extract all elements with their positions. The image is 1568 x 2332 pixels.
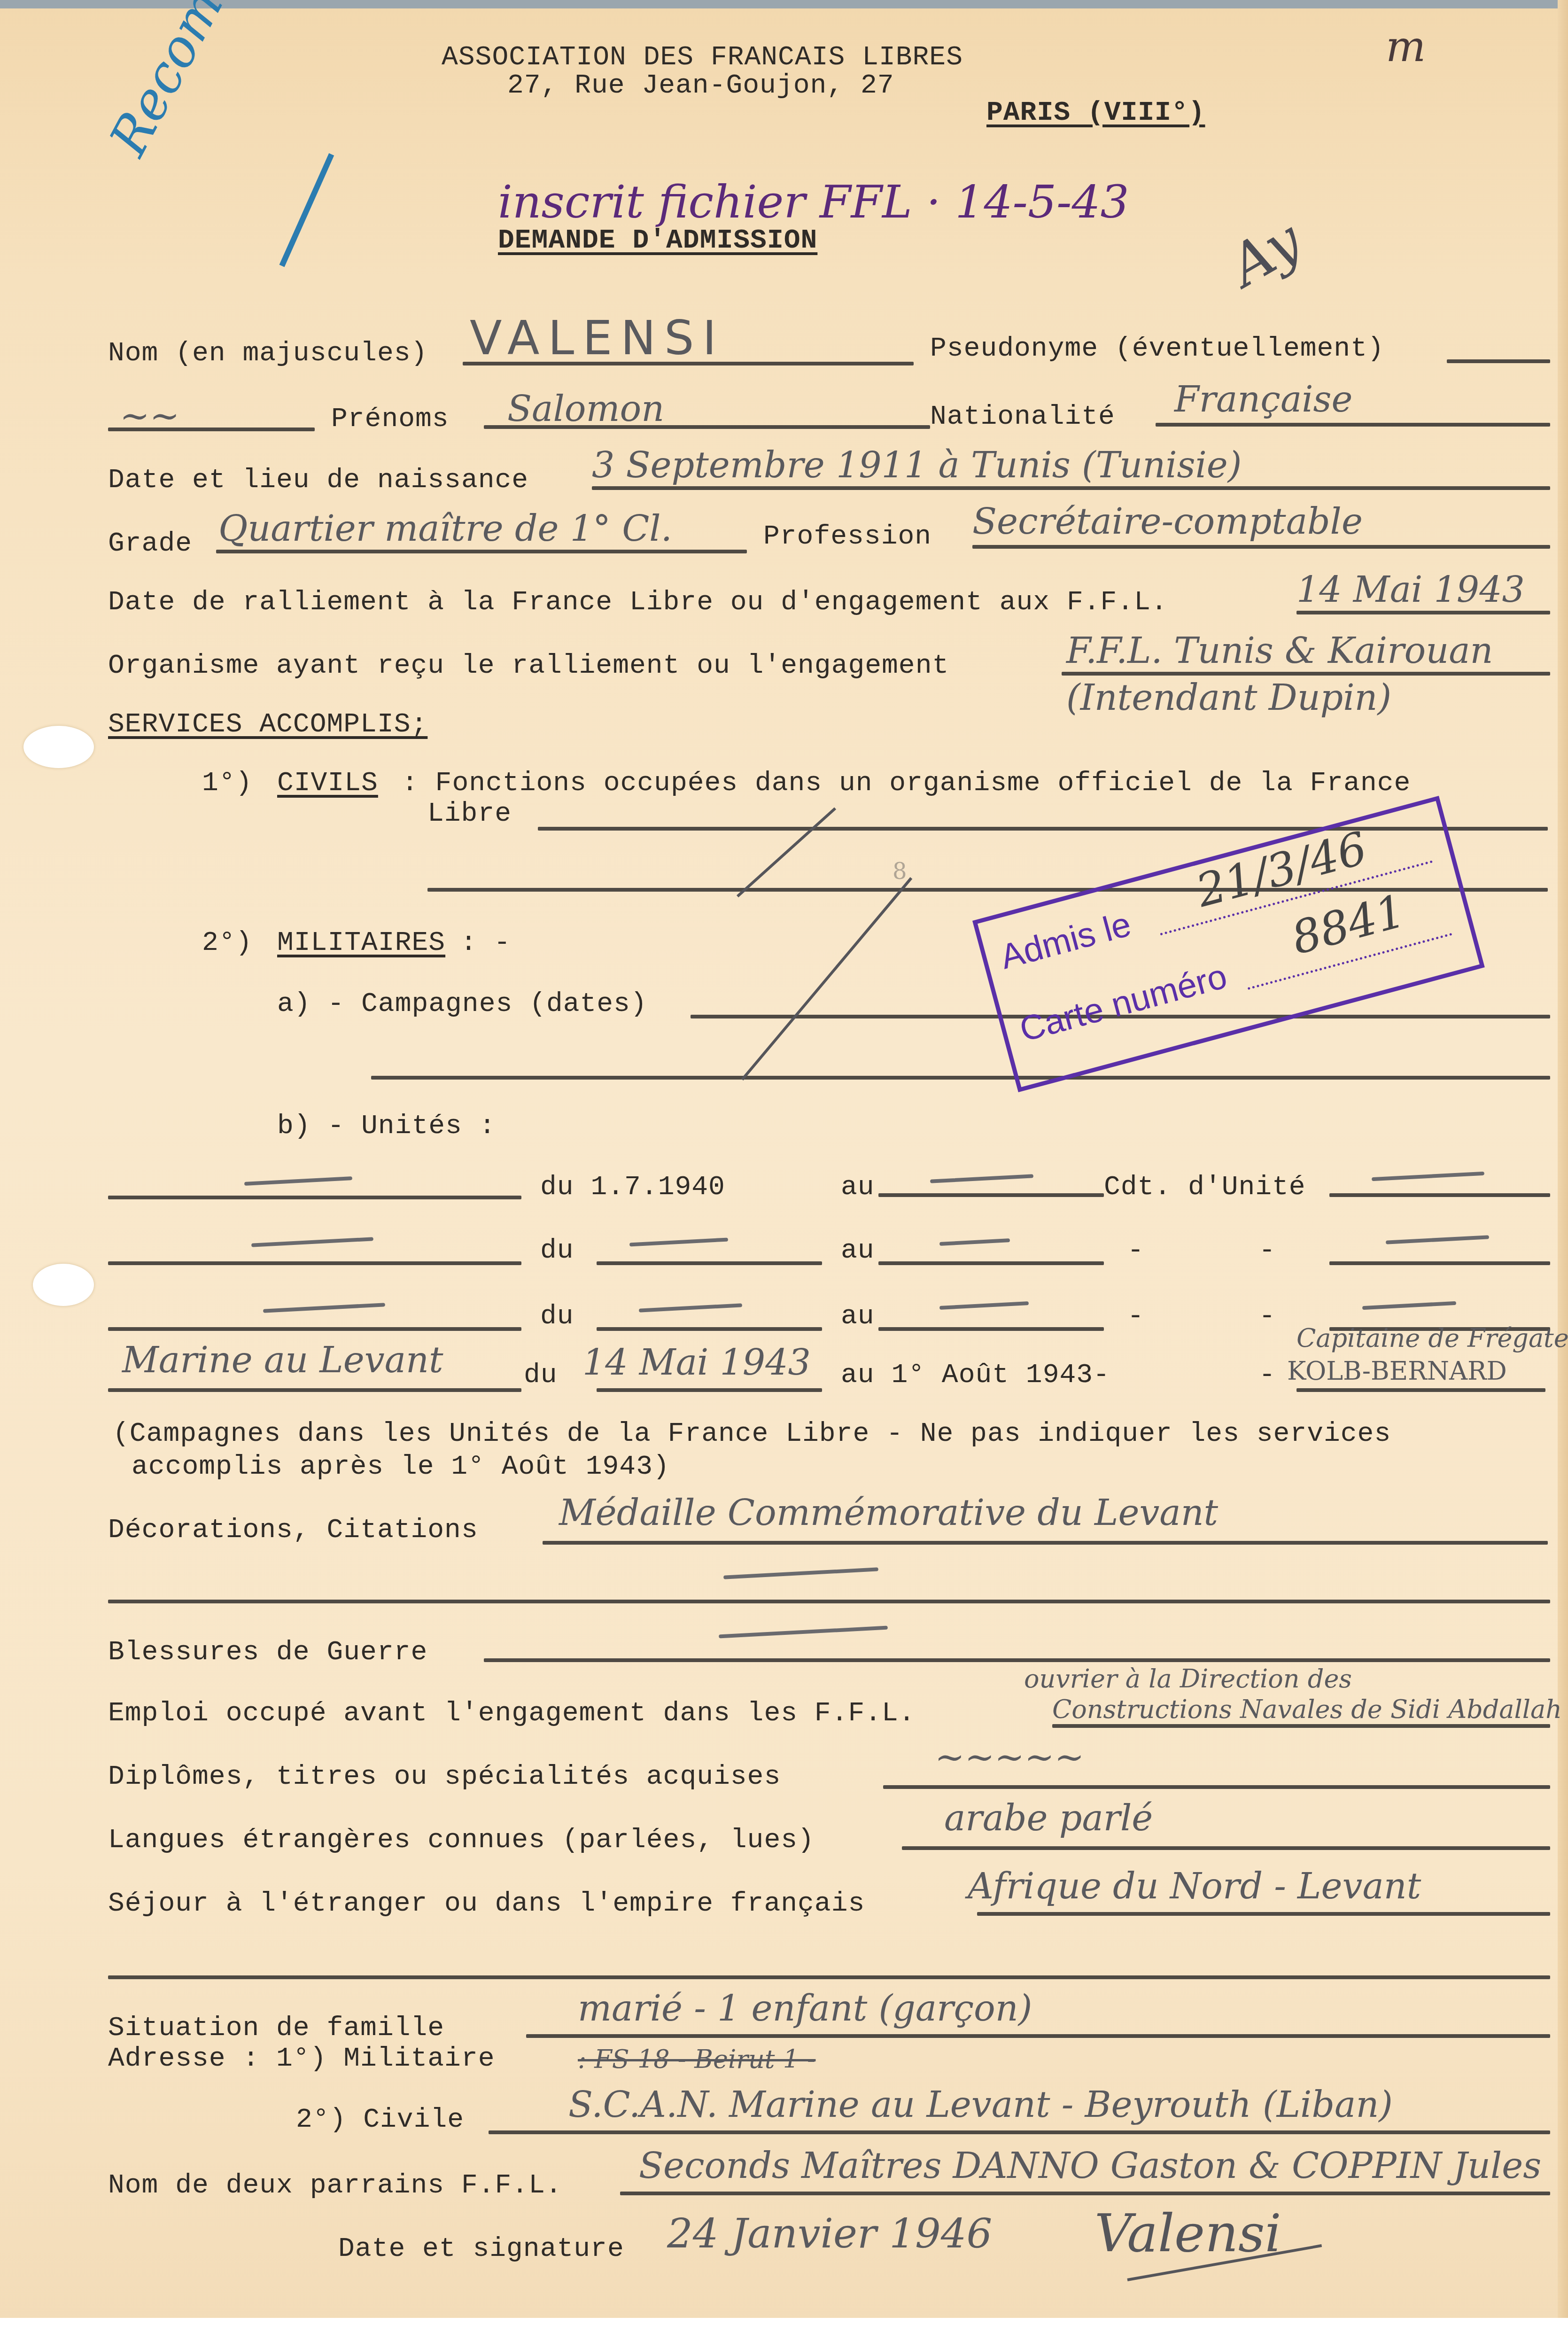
- campagnes-note-2: accomplis après le 1° Août 1943): [132, 1452, 670, 1483]
- decorations-value[interactable]: Médaille Commémorative du Levant: [559, 1494, 1218, 1531]
- nationalite-value[interactable]: Française: [1174, 381, 1352, 418]
- unites-label: b) - Unités :: [277, 1111, 496, 1142]
- ralliement-label: Date de ralliement à la France Libre ou …: [108, 587, 1168, 618]
- profession-value[interactable]: Secrétaire-comptable: [972, 503, 1363, 540]
- pseudonyme-underline: [1447, 359, 1550, 363]
- unit-row3-sep2: -: [1259, 1301, 1276, 1332]
- campagnes-strike-stroke: [741, 877, 913, 1080]
- unit-row2-dash: [251, 1237, 373, 1247]
- unit-row1-dash: [244, 1176, 352, 1186]
- unit-row2-cdt-dash: [1386, 1235, 1489, 1244]
- unit-row2-du: du: [540, 1236, 574, 1267]
- militaires-label: MILITAIRES: [277, 928, 445, 959]
- organisme-value[interactable]: F.F.L. Tunis & Kairouan: [1066, 632, 1493, 669]
- unit-row3-cdt-dash: [1362, 1301, 1456, 1310]
- civile-label: 2°) Civile: [296, 2105, 464, 2136]
- top-right-mark: m: [1386, 28, 1426, 66]
- naissance-underline: [592, 486, 1550, 490]
- naissance-value[interactable]: 3 Septembre 1911 à Tunis (Tunisie): [592, 446, 1242, 484]
- unit-row2-du-underline: [597, 1261, 822, 1265]
- unit-row1-cdt-label: Cdt. d'Unité: [1104, 1172, 1306, 1203]
- langues-underline: [902, 1846, 1550, 1850]
- final-au-label: au 1° Août 1943-: [841, 1360, 1110, 1391]
- civils-label: CIVILS: [277, 768, 378, 799]
- decorations-underline-2: [108, 1600, 1550, 1603]
- unit-row1-au-underline: [878, 1193, 1104, 1197]
- unit-row2-sep1: -: [1127, 1236, 1144, 1267]
- org-city: PARIS (VIII°): [986, 98, 1205, 129]
- org-address: 27, Rue Jean-Goujon, 27: [507, 70, 894, 101]
- unit-row1-au: au: [841, 1172, 875, 1203]
- unit-row3-sep1: -: [1127, 1301, 1144, 1332]
- adresse-label: Adresse : 1°) Militaire: [108, 2044, 495, 2075]
- blessures-underline: [484, 1658, 1550, 1662]
- prenoms-lead-underline: [108, 428, 315, 431]
- blue-pen-stroke: [279, 153, 334, 267]
- services-heading: SERVICES ACCOMPLIS;: [108, 709, 427, 740]
- emploi-label: Emploi occupé avant l'engagement dans le…: [108, 1698, 916, 1729]
- nationalite-label: Nationalité: [930, 402, 1115, 433]
- emploi-underline: [1052, 1724, 1550, 1728]
- parrains-label: Nom de deux parrains F.F.L.: [108, 2170, 562, 2201]
- sejour-value[interactable]: Afrique du Nord - Levant: [968, 1867, 1421, 1905]
- profession-underline: [972, 545, 1550, 549]
- nom-label: Nom (en majuscules): [108, 338, 427, 369]
- civils-text: : Fonctions occupées dans un organisme o…: [402, 768, 1411, 799]
- langues-value[interactable]: arabe parlé: [944, 1799, 1153, 1837]
- grade-underline: [216, 550, 747, 553]
- parrains-underline: [620, 2192, 1550, 2195]
- unit-row3-au-dash: [939, 1301, 1029, 1310]
- naissance-label: Date et lieu de naissance: [108, 465, 528, 496]
- organisme-label: Organisme ayant reçu le ralliement ou l'…: [108, 651, 949, 682]
- unit-row3-du-dash: [639, 1303, 742, 1313]
- militaires-number: 2°): [202, 928, 252, 959]
- diplomes-underline: [883, 1785, 1550, 1789]
- campagnes-label: a) - Campagnes (dates): [277, 989, 647, 1020]
- prenoms-value[interactable]: Salomon: [507, 390, 664, 428]
- diplomes-squiggle: ~~~~~: [935, 1738, 1084, 1776]
- unit-row2-du-dash: [629, 1238, 728, 1247]
- langues-label: Langues étrangères connues (parlées, lue…: [108, 1825, 815, 1856]
- final-cdt-name[interactable]: KOLB-BERNARD: [1287, 1358, 1507, 1385]
- final-du-underline: [597, 1388, 822, 1392]
- unit-row1-cdt-dash: [1372, 1172, 1484, 1182]
- unit-row3-au-underline: [878, 1327, 1104, 1331]
- final-cdt-title[interactable]: Capitaine de Frégate: [1296, 1325, 1568, 1352]
- unit-row1-du: du 1.7.1940: [540, 1172, 725, 1203]
- final-cdt-prefix: -: [1259, 1360, 1276, 1391]
- final-du-label: du: [524, 1360, 558, 1391]
- campagnes-note-1: (Campagnes dans les Unités de la France …: [113, 1419, 1391, 1450]
- nationalite-underline: [1156, 423, 1550, 427]
- unit-row2-underline: [108, 1261, 521, 1265]
- ralliement-underline: [1296, 611, 1550, 614]
- unit-row2-cdt-underline: [1329, 1261, 1550, 1265]
- blessures-dash: [719, 1626, 888, 1639]
- prenoms-label: Prénoms: [331, 404, 449, 435]
- date-signature-label: Date et signature: [338, 2234, 624, 2265]
- profession-label: Profession: [763, 521, 931, 552]
- pseudonyme-label: Pseudonyme (éventuellement): [930, 334, 1384, 365]
- sejour-underline-2: [108, 1975, 1550, 1979]
- diplomes-label: Diplômes, titres ou spécialités acquises: [108, 1762, 781, 1793]
- org-name: ASSOCIATION DES FRANCAIS LIBRES: [442, 42, 963, 73]
- militaires-suffix: : -: [460, 928, 511, 959]
- page-title: DEMANDE D'ADMISSION: [498, 225, 817, 257]
- famille-underline: [526, 2034, 1550, 2038]
- applicant-signature[interactable]: Valensi: [1094, 2203, 1281, 2263]
- famille-label: Situation de famille: [108, 2013, 444, 2044]
- decorations-line2-dash: [723, 1567, 878, 1579]
- unit-row3-du: du: [540, 1301, 574, 1332]
- punch-hole-bottom: [33, 1264, 94, 1306]
- unit-row2-au-underline: [878, 1261, 1104, 1265]
- stamp-carte-label: Carte numéro: [1016, 956, 1231, 1049]
- civils-text-2: Libre: [427, 799, 512, 830]
- document-page: ASSOCIATION DES FRANCAIS LIBRES 27, Rue …: [0, 0, 1568, 2332]
- handwritten-registration-note: inscrit fichier FFL · 14-5-43: [498, 183, 1129, 221]
- grade-value[interactable]: Quartier maître de 1° Cl.: [218, 510, 672, 547]
- scan-right-edge: [1558, 0, 1568, 2332]
- ralliement-value[interactable]: 14 Mai 1943: [1296, 571, 1525, 608]
- stamp-admis-label: Admis le: [996, 904, 1135, 977]
- unit-row1-au-dash: [930, 1174, 1033, 1183]
- unit-row1-underline: [108, 1196, 521, 1199]
- unit-row1-cdt-underline: [1329, 1193, 1550, 1197]
- final-cdt-underline: [1296, 1388, 1545, 1392]
- blessures-label: Blessures de Guerre: [108, 1637, 427, 1668]
- adresse-militaire-value[interactable]: : FS 18 - Beirut 1 -: [578, 2046, 815, 2073]
- civils-number: 1°): [202, 768, 252, 799]
- final-unit-underline: [108, 1388, 521, 1392]
- final-unit-value[interactable]: Marine au Levant: [122, 1341, 443, 1379]
- organisme-value-2[interactable]: (Intendant Dupin): [1066, 679, 1391, 716]
- initial-signature: Ay: [1226, 220, 1306, 288]
- unit-row2-sep2: -: [1259, 1236, 1276, 1267]
- handwritten-blue-note: Recommandé: [108, 0, 308, 160]
- decorations-underline: [543, 1541, 1548, 1545]
- emploi-value[interactable]: Constructions Navales de Sidi Abdallah: [1052, 1696, 1562, 1723]
- campagnes-underline-2: [371, 1076, 1550, 1080]
- unit-row2-au: au: [841, 1236, 875, 1267]
- emploi-value-top[interactable]: ouvrier à la Direction des: [1024, 1665, 1352, 1693]
- date-signature-value[interactable]: 24 Janvier 1946: [667, 2215, 992, 2253]
- nom-value[interactable]: VALENSI: [470, 319, 725, 357]
- civile-value[interactable]: S.C.A.N. Marine au Levant - Beyrouth (Li…: [568, 2086, 1393, 2123]
- grade-label: Grade: [108, 529, 192, 560]
- civils-strike-stroke: [737, 807, 836, 897]
- punch-hole-top: [23, 726, 94, 768]
- parrains-value[interactable]: Seconds Maîtres DANNO Gaston & COPPIN Ju…: [639, 2147, 1541, 2184]
- decorations-label: Décorations, Citations: [108, 1515, 478, 1546]
- scan-bottom-edge: [0, 2318, 1568, 2332]
- unit-row3-au: au: [841, 1301, 875, 1332]
- famille-value[interactable]: marié - 1 enfant (garçon): [578, 1990, 1032, 2027]
- civile-underline: [489, 2130, 1550, 2134]
- unit-row3-du-underline: [597, 1327, 822, 1331]
- sejour-label: Séjour à l'étranger ou dans l'empire fra…: [108, 1889, 865, 1920]
- admission-stamp: Admis le 21/3/46 Carte numéro 8841: [972, 796, 1485, 1092]
- unit-row3-dash: [263, 1303, 385, 1313]
- final-du-value[interactable]: 14 Mai 1943: [582, 1344, 811, 1381]
- organisme-underline: [1062, 672, 1550, 676]
- unit-row3-underline: [108, 1327, 521, 1331]
- unit-row2-au-dash: [939, 1238, 1010, 1246]
- sejour-underline: [977, 1912, 1550, 1916]
